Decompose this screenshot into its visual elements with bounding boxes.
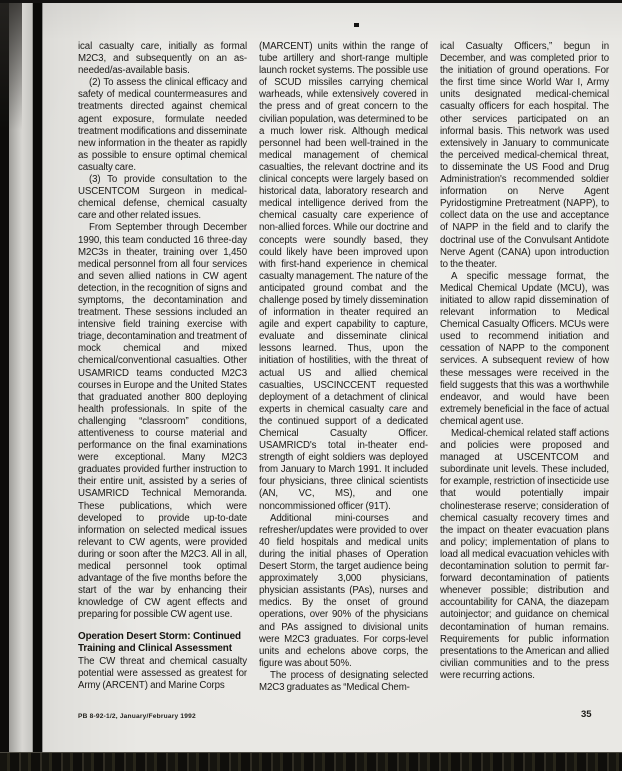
body-paragraph: The CW threat and chemical casualty pote…: [78, 656, 247, 692]
scanned-journal-page: { "colors": { "paper": "#e9e8e4", "ink":…: [0, 0, 622, 771]
body-column-2: (MARCENT) units within the range of tube…: [259, 41, 428, 709]
body-paragraph: Medical-chemical related staff actions a…: [440, 428, 609, 682]
footer-citation: PB 8-92-1/2, January/February 1992: [78, 713, 196, 720]
body-paragraph: (3) To provide consultation to the USCEN…: [78, 174, 247, 222]
scan-edge-left-shadow: [0, 0, 22, 130]
body-paragraph: A specific message format, the Medical C…: [440, 271, 609, 428]
body-paragraph: (MARCENT) units within the range of tube…: [259, 41, 428, 513]
three-column-text-area: ical casualty care, initially as formal …: [78, 41, 609, 709]
section-heading: Operation Desert Storm: Continued Traini…: [78, 631, 247, 655]
body-paragraph: The process of designating selected M2C3…: [259, 670, 428, 694]
body-paragraph: ical casualty care, initially as formal …: [78, 41, 247, 77]
scan-edge-bottom: [0, 752, 622, 771]
body-paragraph: ical Casualty Officers,” begun in Decemb…: [440, 41, 609, 271]
page-number: 35: [581, 709, 592, 720]
scan-artifact-dot: [354, 23, 359, 27]
body-column-3: ical Casualty Officers,” begun in Decemb…: [440, 41, 609, 709]
scan-edge-top: [0, 0, 622, 3]
scan-gutter-black-bar: [33, 0, 42, 758]
body-paragraph: From September through December 1990, th…: [78, 222, 247, 621]
body-paragraph: (2) To assess the clinical efficacy and …: [78, 77, 247, 174]
body-column-1: ical casualty care, initially as formal …: [78, 41, 247, 709]
body-paragraph: Additional mini-courses and refresher/up…: [259, 513, 428, 670]
